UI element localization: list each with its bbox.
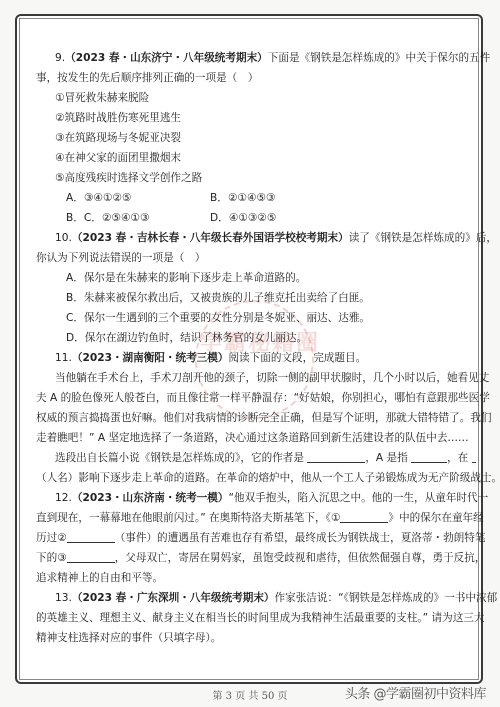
question-9-options-row-2: B．C．②⑤④①③ D．④①③②⑤ bbox=[36, 208, 466, 228]
question-9-header: 9.（2023 春・山东济宁・八年级统考期末）下面是《钢铁是怎样炼成的》中关于保… bbox=[36, 48, 466, 68]
answer-blank-a[interactable] bbox=[411, 450, 447, 463]
question-12-header: 12.（2023・山东济南・统考一模）“他双手抱头，陷入沉思之中。他的一生，从童… bbox=[36, 488, 466, 508]
question-11-fill-line: 选段出自长篇小说《钢铁是怎样炼成的》，它的作者是 ，A 是指 ，在 bbox=[36, 448, 466, 468]
question-source: （2023 春・吉林长春・八年级长春外国语学校校考期末） bbox=[72, 232, 349, 244]
source-watermark: 头条 @学霸圈初中资料库 bbox=[345, 683, 486, 702]
question-13-stem: 精神支柱选择对应的事件（只填字母）。 bbox=[36, 628, 466, 648]
question-13-stem: 的英雄主义、理想主义、献身主义在相当长的时间里成为我精神生活最重要的支柱。” 请… bbox=[36, 608, 466, 628]
passage-line: 夫 A 的脸色像死人般苍白，而且像往常一样平静温存：“好姑娘，你别担心，哪怕有意… bbox=[36, 388, 466, 408]
list-item: ④在神父家的面团里撒烟末 bbox=[36, 148, 466, 168]
list-item: ⑤高度残疾时选择文学创作之路 bbox=[36, 168, 466, 188]
list-item: ①冒死救朱赫来脱险 bbox=[36, 88, 466, 108]
option-b: B．②①④⑤③ bbox=[210, 188, 354, 208]
passage-line: 当他躺在手术台上，手术刀剖开他的颈子，切除一侧的副甲状腺时，几个小时以后，她看见… bbox=[36, 368, 466, 388]
question-10-stem: 你认为下列说法错误的一项是（ ） bbox=[36, 248, 466, 268]
option-a: A．保尔是在朱赫来的影响下逐步走上革命道路的。 bbox=[36, 268, 466, 288]
question-12-line: 历过②（事件）的遭遇虽有苦难也存有希望，最终成长为钢铁战士，夏洛蒂・勃朗特笔 bbox=[36, 528, 466, 548]
option-a: A．③④①②⑤ bbox=[66, 188, 210, 208]
question-9-options-row-1: A．③④①②⑤ B．②①④⑤③ bbox=[36, 188, 466, 208]
question-11-fill-line-2: （人名）影响下逐步走上革命的道路。在革命的熔炉中，他从一个工人子弟锻炼成为无产阶… bbox=[36, 468, 466, 488]
answer-blank-person[interactable] bbox=[472, 450, 476, 463]
answer-blank-3[interactable] bbox=[67, 550, 115, 563]
question-11-header: 11.（2023・湖南衡阳・统考三模）阅读下面的文段，完成题目。 bbox=[36, 348, 466, 368]
option-b: B．朱赫来被保尔救出后，又被贵族的儿子维克托出卖给了白匪。 bbox=[36, 288, 466, 308]
option-d: D．④①③②⑤ bbox=[210, 208, 354, 228]
answer-blank-author[interactable] bbox=[307, 450, 365, 463]
document-body: 9.（2023 春・山东济宁・八年级统考期末）下面是《钢铁是怎样炼成的》中关于保… bbox=[36, 48, 466, 648]
question-source: （2023 春・山东济宁・八年级统考期末） bbox=[65, 52, 268, 64]
question-9-stem: 事，按发生的先后顺序排列正确的一项是（ ） bbox=[36, 68, 466, 88]
question-12-line: 下的③，父母双亡，寄居在舅妈家，虽饱受歧视和虐待，但依然倔强自尊，勇于反抗， bbox=[36, 548, 466, 568]
list-item: ②筑路时战胜伤寒死里逃生 bbox=[36, 108, 466, 128]
passage-line: 走着瞧吧！” A 坚定地选择了一条道路，决心通过这条道路回到新生活建设者的队伍中… bbox=[36, 428, 466, 448]
option-c: B．C．②⑤④①③ bbox=[66, 208, 210, 228]
list-item: ③在筑路现场与冬妮亚决裂 bbox=[36, 128, 466, 148]
answer-blank-2[interactable] bbox=[67, 530, 115, 543]
option-d: D．保尔在湖边钓鱼时，结识了林务官的女儿丽达。 bbox=[36, 328, 466, 348]
question-source: （2023 春・广东深圳・八年级统考期末） bbox=[72, 592, 275, 604]
option-c: C．保尔一生遇到的三个重要的女性分别是冬妮亚、丽达、达雅。 bbox=[36, 308, 466, 328]
question-source: （2023・山东济南・统考一模） bbox=[72, 492, 229, 504]
question-12-line: 追求精神上的自由和平等。 bbox=[36, 568, 466, 588]
answer-blank-1[interactable] bbox=[340, 510, 388, 523]
question-source: （2023・湖南衡阳・统考三模） bbox=[72, 352, 229, 364]
question-13-header: 13.（2023 春・广东深圳・八年级统考期末）作家张洁说：“《钢铁是怎样炼成的… bbox=[36, 588, 466, 608]
question-12-line: 直到现在，一幕幕地在他眼前闪过。” 在奥斯特洛夫斯基笔下，《①》中的保尔在童年经 bbox=[36, 508, 466, 528]
question-10-header: 10.（2023 春・吉林长春・八年级长春外国语学校校考期末）读了《钢铁是怎样炼… bbox=[36, 228, 466, 248]
passage-line: 权威的预言捣捣蛋也好嘛。他们对我病情的诊断完全正确，但是写个证明，那就大错特错了… bbox=[36, 408, 466, 428]
